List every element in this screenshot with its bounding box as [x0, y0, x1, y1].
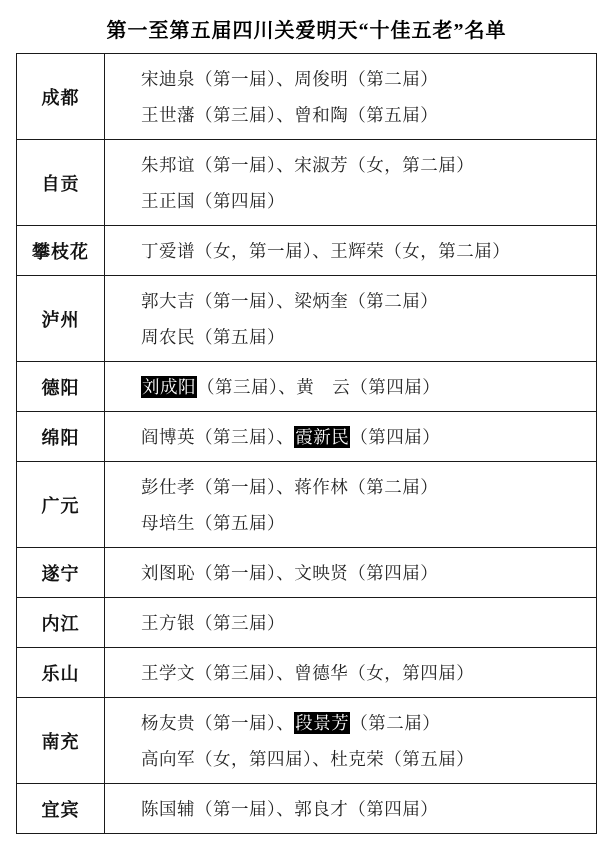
name-text: 王方银（第三届）: [141, 613, 285, 633]
table-row: 乐山王学文（第三届）、曾德华（女，第四届）: [17, 648, 597, 698]
table-row: 德阳刘成阳（第三届）、黄 云（第四届）: [17, 362, 597, 412]
names-cell: 丁爱谱（女，第一届）、王辉荣（女，第二届）: [105, 226, 597, 276]
city-cell: 宜宾: [17, 784, 105, 834]
name-line: 周农民（第五届）: [141, 319, 590, 355]
table-row: 南充杨友贵（第一届）、段景芳（第二届）高向军（女，第四届）、杜克荣（第五届）: [17, 698, 597, 784]
name-line: 王正国（第四届）: [141, 183, 590, 219]
name-line: 阎博英（第三届）、霞新民（第四届）: [141, 419, 590, 455]
name-text: 王学文（第三届）、曾德华（女，第四届）: [141, 663, 474, 683]
city-cell: 遂宁: [17, 548, 105, 598]
name-line: 王世藩（第三届）、曾和陶（第五届）: [141, 97, 590, 133]
name-text: 杨友贵（第一届）、: [141, 713, 294, 733]
table-row: 泸州郭大吉（第一届）、梁炳奎（第二届）周农民（第五届）: [17, 276, 597, 362]
highlighted-name: 霞新民: [294, 426, 350, 448]
award-table-body: 成都宋迪泉（第一届）、周俊明（第二届）王世藩（第三届）、曾和陶（第五届）自贡朱邦…: [17, 54, 597, 834]
city-cell: 乐山: [17, 648, 105, 698]
name-line: 刘图恥（第一届）、文映贤（第四届）: [141, 555, 590, 591]
names-cell: 陈国辅（第一届）、郭良才（第四届）: [105, 784, 597, 834]
names-cell: 郭大吉（第一届）、梁炳奎（第二届）周农民（第五届）: [105, 276, 597, 362]
table-row: 绵阳阎博英（第三届）、霞新民（第四届）: [17, 412, 597, 462]
award-table: 成都宋迪泉（第一届）、周俊明（第二届）王世藩（第三届）、曾和陶（第五届）自贡朱邦…: [16, 53, 597, 834]
name-text: 郭大吉（第一届）、梁炳奎（第二届）: [141, 291, 438, 311]
highlighted-name: 刘成阳: [141, 376, 197, 398]
name-text: 朱邦谊（第一届）、宋淑芳（女，第二届）: [141, 155, 474, 175]
city-cell: 绵阳: [17, 412, 105, 462]
city-cell: 泸州: [17, 276, 105, 362]
names-cell: 朱邦谊（第一届）、宋淑芳（女，第二届）王正国（第四届）: [105, 140, 597, 226]
names-cell: 杨友贵（第一届）、段景芳（第二届）高向军（女，第四届）、杜克荣（第五届）: [105, 698, 597, 784]
names-cell: 彭仕孝（第一届）、蒋作林（第二届）母培生（第五届）: [105, 462, 597, 548]
name-line: 宋迪泉（第一届）、周俊明（第二届）: [141, 61, 590, 97]
city-cell: 南充: [17, 698, 105, 784]
city-cell: 自贡: [17, 140, 105, 226]
document-page: 第一至第五届四川关爱明天“十佳五老”名单 成都宋迪泉（第一届）、周俊明（第二届）…: [0, 0, 611, 848]
name-text: 母培生（第五届）: [141, 513, 285, 533]
name-line: 王方银（第三届）: [141, 605, 590, 641]
name-line: 郭大吉（第一届）、梁炳奎（第二届）: [141, 283, 590, 319]
table-row: 自贡朱邦谊（第一届）、宋淑芳（女，第二届）王正国（第四届）: [17, 140, 597, 226]
name-text: 刘图恥（第一届）、文映贤（第四届）: [141, 563, 438, 583]
name-text: 王世藩（第三届）、曾和陶（第五届）: [141, 105, 438, 125]
name-text: （第四届）: [350, 427, 440, 447]
table-row: 广元彭仕孝（第一届）、蒋作林（第二届）母培生（第五届）: [17, 462, 597, 548]
name-text: 高向军（女，第四届）、杜克荣（第五届）: [141, 749, 474, 769]
name-line: 杨友贵（第一届）、段景芳（第二届）: [141, 705, 590, 741]
name-text: （第二届）: [350, 713, 440, 733]
names-cell: 宋迪泉（第一届）、周俊明（第二届）王世藩（第三届）、曾和陶（第五届）: [105, 54, 597, 140]
table-row: 遂宁刘图恥（第一届）、文映贤（第四届）: [17, 548, 597, 598]
names-cell: 王方银（第三届）: [105, 598, 597, 648]
name-text: 阎博英（第三届）、: [141, 427, 294, 447]
page-title: 第一至第五届四川关爱明天“十佳五老”名单: [16, 14, 597, 43]
name-text: 彭仕孝（第一届）、蒋作林（第二届）: [141, 477, 438, 497]
name-text: （第三届）、黄 云（第四届）: [197, 377, 440, 397]
name-text: 丁爱谱（女，第一届）、王辉荣（女，第二届）: [141, 241, 510, 261]
name-line: 高向军（女，第四届）、杜克荣（第五届）: [141, 741, 590, 777]
names-cell: 王学文（第三届）、曾德华（女，第四届）: [105, 648, 597, 698]
name-line: 朱邦谊（第一届）、宋淑芳（女，第二届）: [141, 147, 590, 183]
name-line: 王学文（第三届）、曾德华（女，第四届）: [141, 655, 590, 691]
name-line: 丁爱谱（女，第一届）、王辉荣（女，第二届）: [141, 233, 590, 269]
highlighted-name: 段景芳: [294, 712, 350, 734]
city-cell: 内江: [17, 598, 105, 648]
table-row: 宜宾陈国辅（第一届）、郭良才（第四届）: [17, 784, 597, 834]
names-cell: 阎博英（第三届）、霞新民（第四届）: [105, 412, 597, 462]
names-cell: 刘成阳（第三届）、黄 云（第四届）: [105, 362, 597, 412]
table-row: 攀枝花丁爱谱（女，第一届）、王辉荣（女，第二届）: [17, 226, 597, 276]
city-cell: 德阳: [17, 362, 105, 412]
name-text: 陈国辅（第一届）、郭良才（第四届）: [141, 799, 438, 819]
name-line: 母培生（第五届）: [141, 505, 590, 541]
name-line: 刘成阳（第三届）、黄 云（第四届）: [141, 369, 590, 405]
name-line: 陈国辅（第一届）、郭良才（第四届）: [141, 791, 590, 827]
name-text: 王正国（第四届）: [141, 191, 285, 211]
city-cell: 成都: [17, 54, 105, 140]
names-cell: 刘图恥（第一届）、文映贤（第四届）: [105, 548, 597, 598]
name-line: 彭仕孝（第一届）、蒋作林（第二届）: [141, 469, 590, 505]
table-row: 成都宋迪泉（第一届）、周俊明（第二届）王世藩（第三届）、曾和陶（第五届）: [17, 54, 597, 140]
name-text: 周农民（第五届）: [141, 327, 285, 347]
name-text: 宋迪泉（第一届）、周俊明（第二届）: [141, 69, 438, 89]
city-cell: 广元: [17, 462, 105, 548]
table-row: 内江王方银（第三届）: [17, 598, 597, 648]
city-cell: 攀枝花: [17, 226, 105, 276]
